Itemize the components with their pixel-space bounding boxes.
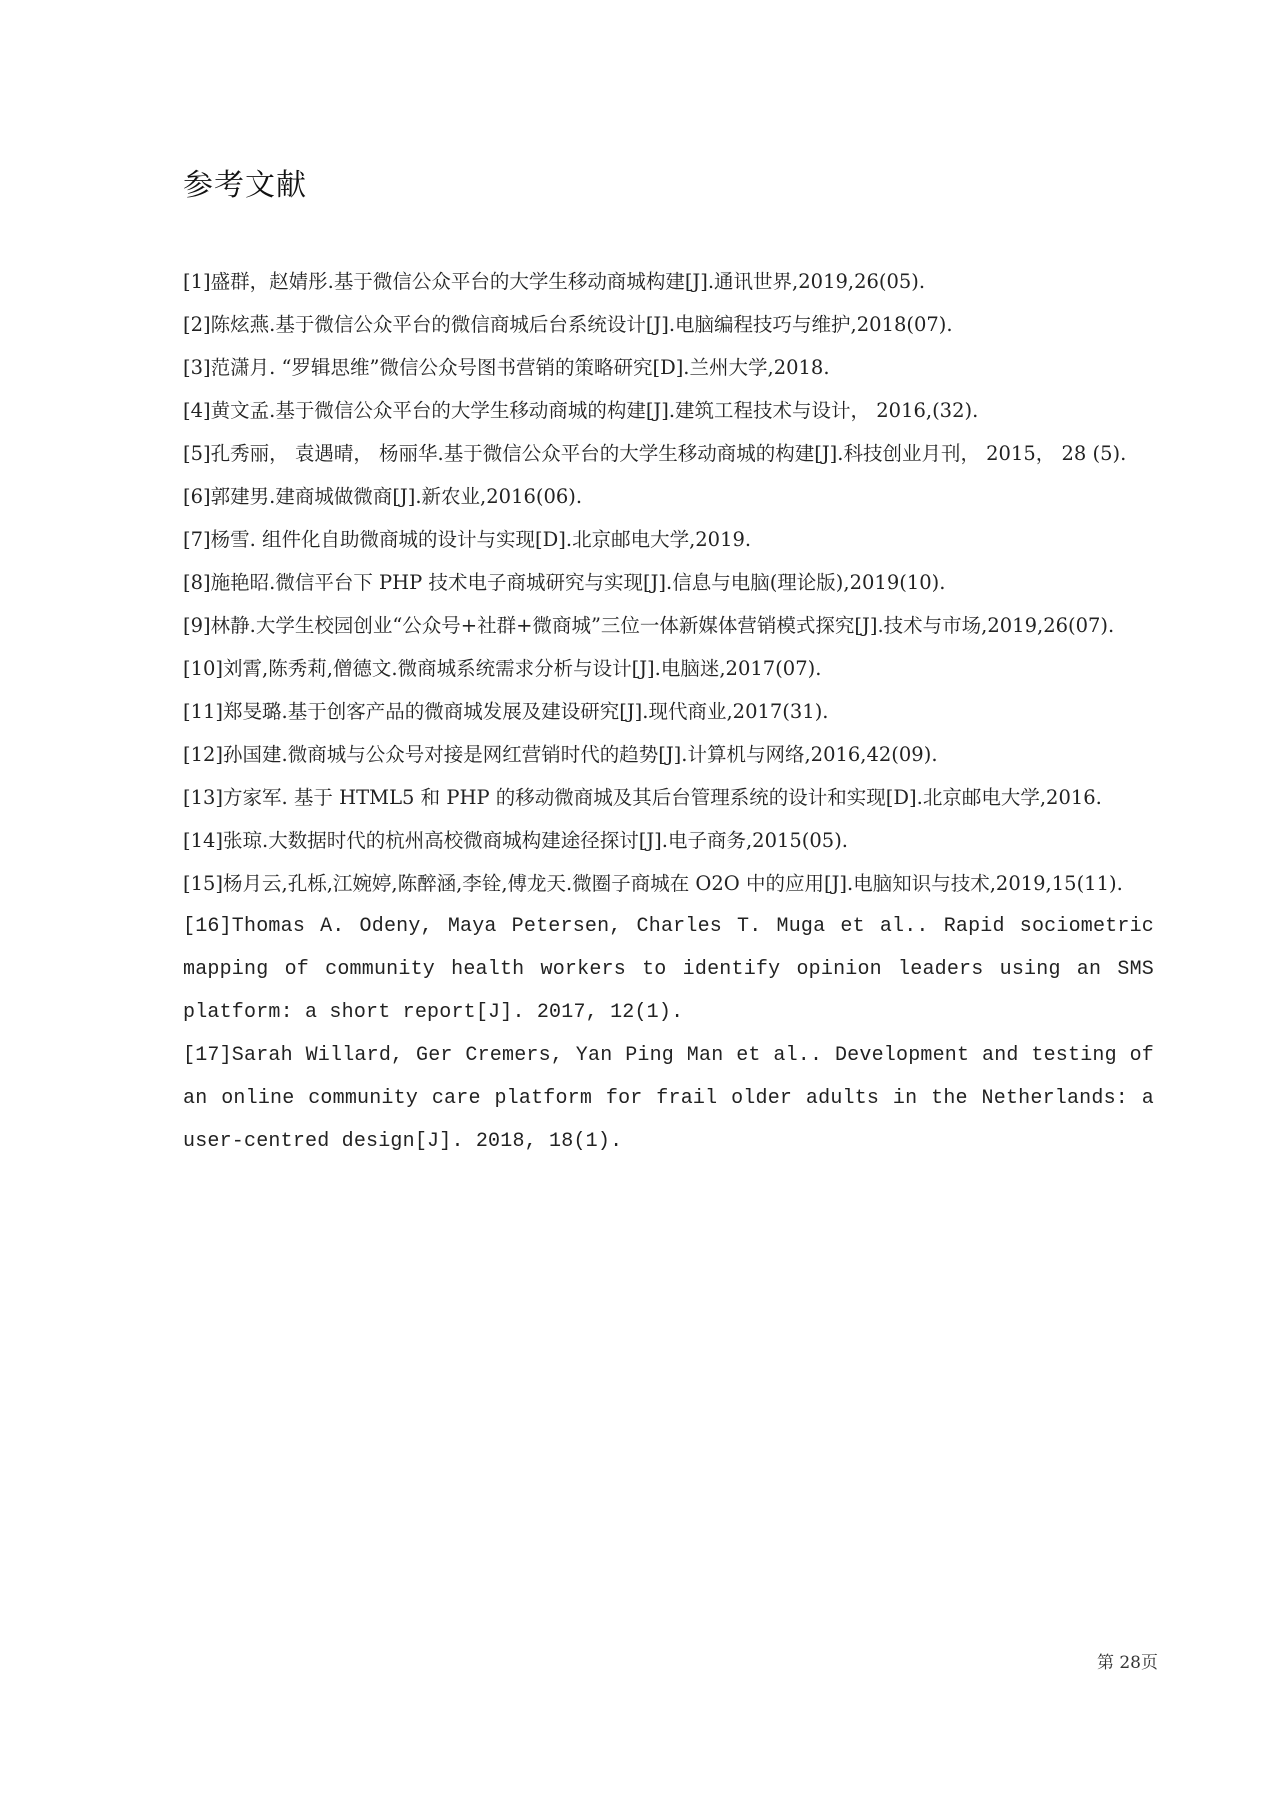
section-title: 参考文献 [183,166,307,206]
page-number: 第 28页 [1097,1648,1158,1673]
reference-item-13: [13]方家军. 基于 HTML5 和 PHP 的移动微商城及其后台管理系统的设… [183,776,1154,819]
reference-item-9: [9]林静.大学生校园创业“公众号+社群+微商城”三位一体新媒体营销模式探究[J… [183,604,1154,647]
reference-item-8: [8]施艳昭.微信平台下 PHP 技术电子商城研究与实现[J].信息与电脑(理论… [183,561,1154,604]
reference-item-10: [10]刘霄,陈秀莉,僧德文.微商城系统需求分析与设计[J].电脑迷,2017(… [183,647,1154,690]
reference-item-4: [4]黄文孟.基于微信公众平台的大学生移动商城的构建[J].建筑工程技术与设计，… [183,389,1154,432]
reference-item-11: [11]郑旻璐.基于创客产品的微商城发展及建设研究[J].现代商业,2017(3… [183,690,1154,733]
reference-item-15: [15]杨月云,孔栎,江婉婷,陈醉涵,李铨,傅龙天.微圈子商城在 O2O 中的应… [183,862,1154,905]
reference-list: [1]盛群，赵婧彤.基于微信公众平台的大学生移动商城构建[J].通讯世界,201… [183,260,1154,1163]
reference-item-1: [1]盛群，赵婧彤.基于微信公众平台的大学生移动商城构建[J].通讯世界,201… [183,260,1154,303]
reference-item-7: [7]杨雪. 组件化自助微商城的设计与实现[D].北京邮电大学,2019. [183,518,1154,561]
reference-item-2: [2]陈炫燕.基于微信公众平台的微信商城后台系统设计[J].电脑编程技巧与维护,… [183,303,1154,346]
reference-item-6: [6]郭建男.建商城做微商[J].新农业,2016(06). [183,475,1154,518]
reference-item-16: [16]Thomas A. Odeny, Maya Petersen, Char… [183,905,1154,1034]
reference-item-14: [14]张琼.大数据时代的杭州高校微商城构建途径探讨[J].电子商务,2015(… [183,819,1154,862]
document-page: 参考文献 [1]盛群，赵婧彤.基于微信公众平台的大学生移动商城构建[J].通讯世… [0,0,1280,1811]
reference-item-5: [5]孔秀丽， 袁遇晴， 杨丽华.基于微信公众平台的大学生移动商城的构建[J].… [183,432,1154,475]
reference-item-3: [3]范潇月. “罗辑思维”微信公众号图书营销的策略研究[D].兰州大学,201… [183,346,1154,389]
reference-item-17: [17]Sarah Willard, Ger Cremers, Yan Ping… [183,1034,1154,1163]
reference-item-12: [12]孙国建.微商城与公众号对接是网红营销时代的趋势[J].计算机与网络,20… [183,733,1154,776]
